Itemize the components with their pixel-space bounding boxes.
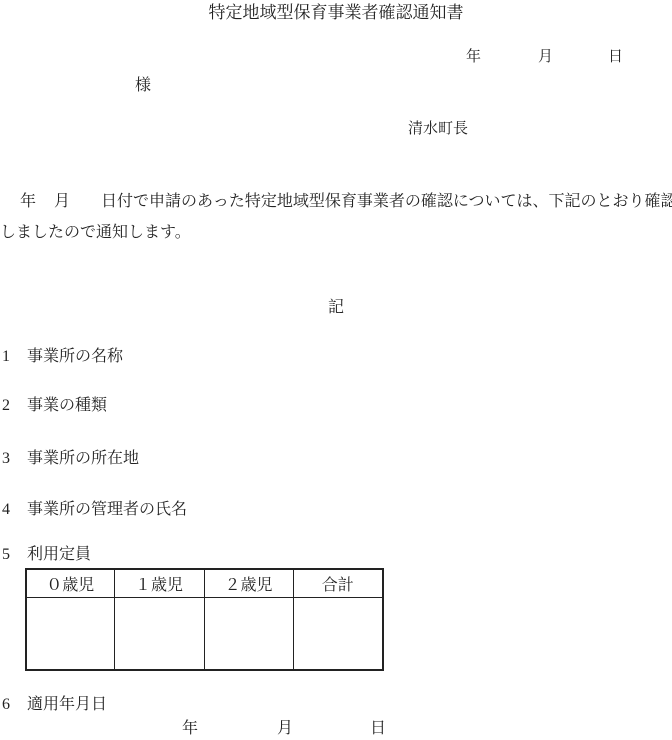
- list-item-manager-name: 4事業所の管理者の氏名: [2, 501, 187, 519]
- capacity-value-total: [293, 598, 383, 671]
- sender-title: 清水町長: [408, 121, 468, 138]
- document-page: 特定地域型保育事業者確認通知書 年 月 日 様 清水町長 年 月 日付で申請のあ…: [0, 0, 672, 740]
- list-item-capacity: 5利用定員: [2, 546, 91, 564]
- capacity-header-row: ０歳児 １歳児 ２歳児 合計: [26, 569, 383, 598]
- issue-date-month-label: 月: [538, 49, 553, 66]
- effective-date-day-label: 日: [370, 720, 386, 738]
- addressee-honorific: 様: [135, 77, 151, 95]
- body-month-label: 月: [54, 193, 70, 210]
- capacity-value-age0: [26, 598, 114, 671]
- col-header-age0: ０歳児: [26, 569, 114, 598]
- body-line-2: しましたので通知します。: [0, 224, 191, 242]
- list-item-business-type: 2事業の種類: [2, 397, 107, 415]
- effective-date-month-label: 月: [277, 720, 293, 738]
- item-label: 事業の種類: [27, 397, 107, 414]
- item-label: 事業所の管理者の氏名: [27, 501, 187, 518]
- issue-date-year-label: 年: [466, 49, 481, 66]
- item-label: 事業所の所在地: [27, 450, 139, 467]
- body-line1-text: 日付で申請のあった特定地域型保育事業者の確認については、下記のとおり確認: [101, 193, 672, 210]
- effective-date-year-label: 年: [182, 720, 198, 738]
- document-title: 特定地域型保育事業者確認通知書: [0, 3, 672, 23]
- item-number: 4: [2, 501, 27, 519]
- capacity-table: ０歳児 １歳児 ２歳児 合計: [25, 568, 384, 671]
- capacity-value-row: [26, 598, 383, 671]
- col-header-age1: １歳児: [114, 569, 204, 598]
- item-label: 事業所の名称: [27, 348, 123, 365]
- item-number: 6: [2, 696, 27, 714]
- item-label: 適用年月日: [27, 696, 107, 713]
- list-item-business-address: 3事業所の所在地: [2, 450, 139, 468]
- item-number: 1: [2, 348, 27, 366]
- item-label: 利用定員: [27, 546, 91, 563]
- issue-date-day-label: 日: [608, 49, 623, 66]
- body-year-label: 年: [20, 193, 36, 210]
- capacity-value-age1: [114, 598, 204, 671]
- capacity-value-age2: [204, 598, 293, 671]
- item-number: 5: [2, 546, 27, 564]
- list-item-business-name: 1事業所の名称: [2, 348, 123, 366]
- item-number: 3: [2, 450, 27, 468]
- issue-date-line: 年 月 日: [0, 49, 672, 67]
- body-line-1: 年 月 日付で申請のあった特定地域型保育事業者の確認については、下記のとおり確認: [4, 193, 672, 211]
- record-mark: 記: [0, 299, 672, 317]
- effective-date-line: 年 月 日: [0, 720, 672, 738]
- item-number: 2: [2, 397, 27, 415]
- col-header-total: 合計: [293, 569, 383, 598]
- col-header-age2: ２歳児: [204, 569, 293, 598]
- list-item-effective-date: 6適用年月日: [2, 696, 107, 714]
